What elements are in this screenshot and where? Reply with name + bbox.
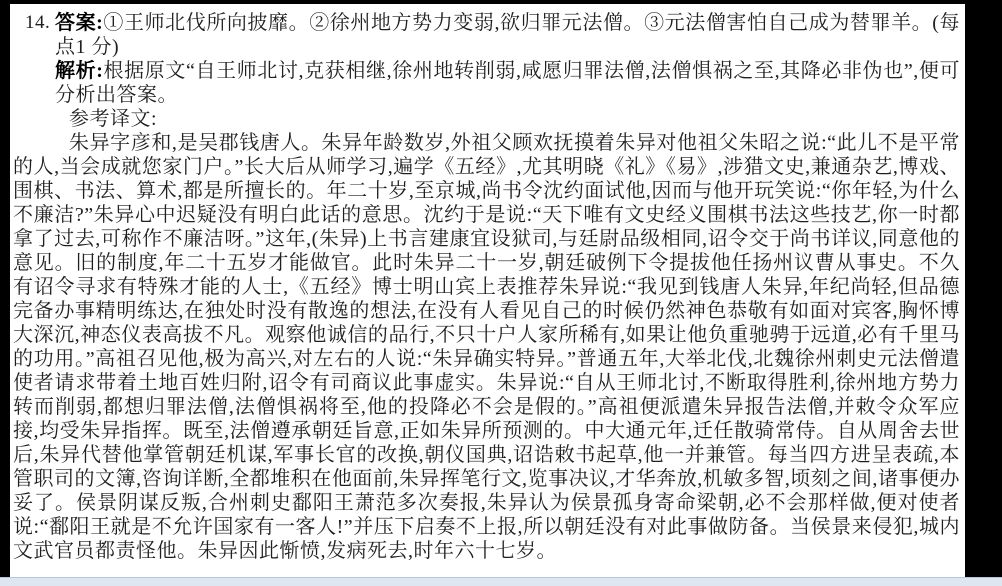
document-page: 14. 答案:①王师北伐所向披靡。②徐州地方势力变弱,欲归罪元法僧。③元法僧害怕… xyxy=(10,4,965,578)
analysis-line: 解析:根据原文“自王师北讨,克获相继,徐州地转削弱,咸愿归罪法僧,法僧惧祸之至,… xyxy=(55,59,960,107)
answer-content: 答案:①王师北伐所向披靡。②徐州地方势力变弱,欲归罪元法僧。③元法僧害怕自己成为… xyxy=(55,11,960,107)
reference-translation-heading: 参考译文: xyxy=(13,107,960,131)
bottom-strip xyxy=(0,577,1002,586)
translation-paragraph: 朱异字彦和,是吴郡钱唐人。朱异年龄数岁,外祖父顾欢抚摸着朱异对他祖父朱昭之说:“… xyxy=(13,131,960,563)
answer-text: ①王师北伐所向披靡。②徐州地方势力变弱,欲归罪元法僧。③元法僧害怕自己成为替罪羊… xyxy=(55,12,960,58)
answer-line: 答案:①王师北伐所向披靡。②徐州地方势力变弱,欲归罪元法僧。③元法僧害怕自己成为… xyxy=(55,11,960,59)
analysis-text: 根据原文“自王师北讨,克获相继,徐州地转削弱,咸愿归罪法僧,法僧惧祸之至,其降必… xyxy=(55,60,960,106)
question-number: 14. xyxy=(13,11,55,35)
screenshot-viewport: 14. 答案:①王师北伐所向披靡。②徐州地方势力变弱,欲归罪元法僧。③元法僧害怕… xyxy=(0,0,1002,586)
answer-label: 答案: xyxy=(55,12,103,34)
analysis-label: 解析: xyxy=(55,60,103,82)
answer-item-14: 14. 答案:①王师北伐所向披靡。②徐州地方势力变弱,欲归罪元法僧。③元法僧害怕… xyxy=(13,11,960,107)
